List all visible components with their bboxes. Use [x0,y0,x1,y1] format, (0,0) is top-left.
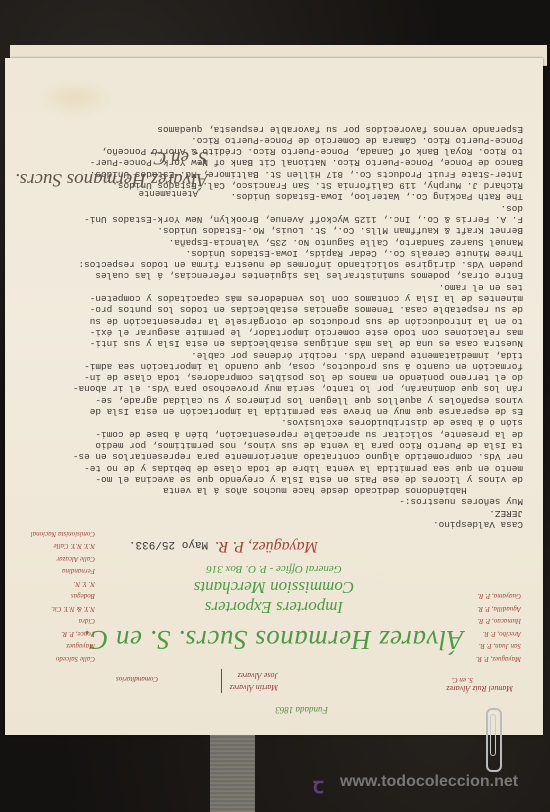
body-line: Es de esperarse que muy en breve sea per… [18,406,523,417]
body-line: pueden Vds. dirigirse solicitando inform… [18,259,523,270]
body-line: mas relaciones con todo este comercio im… [18,327,523,338]
body-line: Nuestra casa es una de las más antiguas … [18,338,523,349]
body-line: ner Vds. comprometido alguno contratado … [18,451,523,462]
salutation-line: JEREZ. [18,507,523,518]
branches-right: Calle Salcedo Mayaguez Ponce, P. R. Cidr… [31,528,95,666]
body-line: Bernet Kraft & Kauffman Mlls. Co., St. L… [18,225,523,236]
body-line: Manuel Suarez Sandarto, Calle Sagunto No… [18,236,523,247]
owner-left: Manuel Ruiz Álvarez S. en C. [446,676,513,693]
body-line: F. A. Ferris & Co., Inc., 1125 Wyckoff A… [18,214,523,225]
body-line: vinos españoles y aquellos que lleguen l… [18,394,523,405]
body-line: tida, inmediatamente puedan Vds. recibir… [18,349,523,360]
paperclip-icon [486,708,502,772]
owner-left-sub: S. en C. [446,676,513,684]
firm-name: Álvarez Hermanos Sucrs. S. en C. [73,624,473,655]
body-line: formación en cuanto á sus productos, cos… [18,361,523,372]
scan-glare [210,735,255,812]
owner-mid-1: Martín Álvarez [230,681,278,693]
letterhead: Fundada 1863 Manuel Ruiz Álvarez S. en C… [5,555,543,735]
branch: Arecibo, P. R. [476,628,521,641]
branch: Fernandina [31,565,95,578]
owners-mid-label: Comanditarios [116,675,158,683]
branch: Mayaguez, P. R. [476,653,521,666]
letter-sheet: Fundada 1863 Manuel Ruiz Álvarez S. en C… [5,58,543,735]
date: Mayo 25/933. [129,538,208,550]
body-line: Entre otras, podemos suministrarles las … [18,270,523,281]
place-and-date: Mayagüez, P. R. Mayo 25/933. [129,537,318,555]
body-line: Ponce-Puerto Rico. Cámara de Comercio de… [18,135,523,146]
rotated-letter-content: Fundada 1863 Manuel Ruiz Álvarez S. en C… [5,58,543,735]
branch: Calle Salcedo [31,653,95,666]
body-line: mento en que sea permitida la venta libr… [18,462,523,473]
body-line: Esperando vernos favorecidos por su favo… [18,123,523,134]
body-line: dos. [18,202,523,213]
branch: N.Y. & N.Y. Cit. [31,603,95,616]
place: Mayagüez, P. R. [215,538,318,555]
branch: San Juan, P. R. [476,640,521,653]
owner-left-name: Manuel Ruiz Álvarez [446,684,513,693]
body-line: Habiéndonos dedicado desde hace muchos a… [18,485,523,496]
branch: Cidra [31,615,95,628]
owners-middle: Martín Álvarez Jose Álvarez [221,669,278,693]
body-line: de su respetable casa. Tenemos agencias … [18,304,523,315]
body-line: de vinos y licores de ese País en esta I… [18,474,523,485]
tc-logo-icon: ꞇ [313,770,339,794]
watermark-text: www.todocoleccion.net [340,773,518,791]
branch: Calle Alcazar [31,553,95,566]
body-line: sión ó á base de distribuidores exclusiv… [18,417,523,428]
body-line: do el terreno poniendo en manos de los p… [18,372,523,383]
branch: Ponce, P. R. [31,628,95,641]
signature: Álvarez Hermanos Sucrs. S. en C. [5,146,208,190]
salutation-line: Casa Valdespino. [18,519,523,530]
salutation-line: Muy señores nuestros:- [18,496,523,507]
body-line: minentes de la Isla y contamos con los v… [18,293,523,304]
body-line: de la presente, solicitar su apreciable … [18,428,523,439]
owner-mid-2: Jose Álvarez [230,669,278,681]
body-line: ta Isla de Puerto Rico para la venta de … [18,440,523,451]
branch: N. Y. N. [31,578,95,591]
established-year: Fundada 1863 [275,705,328,715]
body-line: Three Minute Cereals Co., Cedar Rapids, … [18,248,523,259]
body-line: rán los que dominarán, por lo tanto, ser… [18,383,523,394]
body-line: tes en el ramo. [18,281,523,292]
body-line: The Rath Packing Co., Waterloo, Iowa-Est… [18,191,523,202]
branch: Bodegas [31,590,95,603]
branch: Mayaguez [31,640,95,653]
body-line: to en la introducción de sus productos d… [18,315,523,326]
branch: N.Y. N.Y. Calle [31,540,95,553]
